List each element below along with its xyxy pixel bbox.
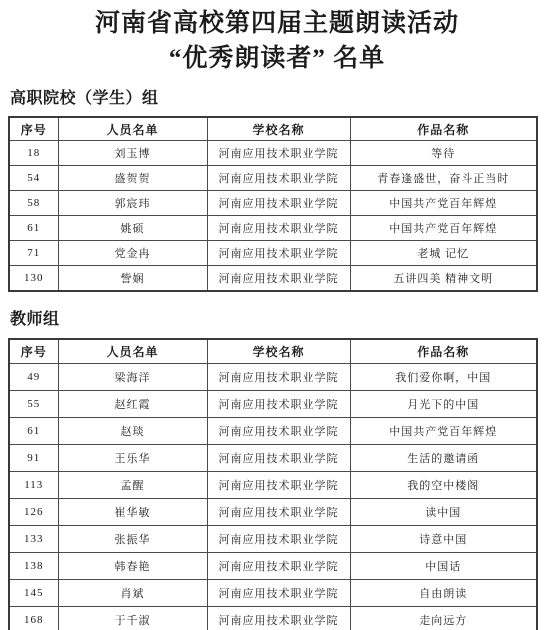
cell-school-name: 河南应用技术职业学院 — [207, 364, 350, 391]
cell-person-name: 梁海洋 — [58, 364, 207, 391]
table-row: 58郭宸玮河南应用技术职业学院中国共产党百年辉煌 — [9, 191, 537, 216]
cell-school-name: 河南应用技术职业学院 — [207, 526, 350, 553]
table-header-row: 序号人员名单学校名称作品名称 — [9, 117, 537, 141]
cell-serial-number: 138 — [9, 553, 58, 580]
column-header: 作品名称 — [350, 339, 537, 364]
cell-person-name: 崔华敏 — [58, 499, 207, 526]
cell-person-name: 刘玉博 — [58, 141, 207, 166]
cell-serial-number: 130 — [9, 266, 58, 292]
cell-school-name: 河南应用技术职业学院 — [207, 418, 350, 445]
column-header: 学校名称 — [207, 117, 350, 141]
cell-school-name: 河南应用技术职业学院 — [207, 472, 350, 499]
cell-work-title: 我们爱你啊，中国 — [350, 364, 537, 391]
cell-person-name: 王乐华 — [58, 445, 207, 472]
cell-person-name: 赵红霞 — [58, 391, 207, 418]
cell-work-title: 等待 — [350, 141, 537, 166]
cell-person-name: 肖斌 — [58, 580, 207, 607]
cell-work-title: 中国共产党百年辉煌 — [350, 418, 537, 445]
table-header-row: 序号人员名单学校名称作品名称 — [9, 339, 537, 364]
cell-serial-number: 61 — [9, 418, 58, 445]
cell-work-title: 老城 记忆 — [350, 241, 537, 266]
table-row: 18刘玉博河南应用技术职业学院等待 — [9, 141, 537, 166]
cell-person-name: 盛贺贺 — [58, 166, 207, 191]
cell-work-title: 青春逢盛世，奋斗正当时 — [350, 166, 537, 191]
cell-work-title: 生活的邀请函 — [350, 445, 537, 472]
cell-work-title: 读中国 — [350, 499, 537, 526]
table-row: 71党金冉河南应用技术职业学院老城 记忆 — [9, 241, 537, 266]
cell-school-name: 河南应用技术职业学院 — [207, 216, 350, 241]
cell-serial-number: 113 — [9, 472, 58, 499]
cell-school-name: 河南应用技术职业学院 — [207, 580, 350, 607]
column-header: 学校名称 — [207, 339, 350, 364]
cell-serial-number: 133 — [9, 526, 58, 553]
document-title-line1: 河南省高校第四届主题朗读活动 — [0, 6, 554, 41]
sections-container: 高职院校（学生）组序号人员名单学校名称作品名称18刘玉博河南应用技术职业学院等待… — [0, 89, 554, 630]
cell-person-name: 于千淑 — [58, 607, 207, 630]
table-row: 61赵琰河南应用技术职业学院中国共产党百年辉煌 — [9, 418, 537, 445]
cell-serial-number: 168 — [9, 607, 58, 630]
cell-school-name: 河南应用技术职业学院 — [207, 607, 350, 630]
cell-school-name: 河南应用技术职业学院 — [207, 241, 350, 266]
cell-serial-number: 58 — [9, 191, 58, 216]
cell-work-title: 五讲四美 精神文明 — [350, 266, 537, 292]
cell-serial-number: 145 — [9, 580, 58, 607]
section-heading: 高职院校（学生）组 — [10, 89, 554, 109]
roster-table: 序号人员名单学校名称作品名称49梁海洋河南应用技术职业学院我们爱你啊，中国55赵… — [8, 338, 538, 630]
cell-person-name: 孟醒 — [58, 472, 207, 499]
table-row: 91王乐华河南应用技术职业学院生活的邀请函 — [9, 445, 537, 472]
column-header: 序号 — [9, 117, 58, 141]
cell-work-title: 中国话 — [350, 553, 537, 580]
roster-table: 序号人员名单学校名称作品名称18刘玉博河南应用技术职业学院等待54盛贺贺河南应用… — [8, 116, 538, 292]
cell-school-name: 河南应用技术职业学院 — [207, 166, 350, 191]
cell-work-title: 中国共产党百年辉煌 — [350, 216, 537, 241]
table-row: 168于千淑河南应用技术职业学院走向远方 — [9, 607, 537, 630]
cell-serial-number: 49 — [9, 364, 58, 391]
cell-person-name: 姚硕 — [58, 216, 207, 241]
cell-work-title: 走向远方 — [350, 607, 537, 630]
cell-serial-number: 61 — [9, 216, 58, 241]
table-row: 133张振华河南应用技术职业学院诗意中国 — [9, 526, 537, 553]
cell-person-name: 韩春艳 — [58, 553, 207, 580]
cell-work-title: 我的空中楼阁 — [350, 472, 537, 499]
cell-person-name: 张振华 — [58, 526, 207, 553]
cell-serial-number: 71 — [9, 241, 58, 266]
cell-school-name: 河南应用技术职业学院 — [207, 191, 350, 216]
cell-school-name: 河南应用技术职业学院 — [207, 553, 350, 580]
table-row: 130訾娴河南应用技术职业学院五讲四美 精神文明 — [9, 266, 537, 292]
cell-work-title: 中国共产党百年辉煌 — [350, 191, 537, 216]
table-row: 113孟醒河南应用技术职业学院我的空中楼阁 — [9, 472, 537, 499]
cell-work-title: 自由朗读 — [350, 580, 537, 607]
cell-person-name: 郭宸玮 — [58, 191, 207, 216]
cell-school-name: 河南应用技术职业学院 — [207, 266, 350, 292]
table-row: 126崔华敏河南应用技术职业学院读中国 — [9, 499, 537, 526]
cell-school-name: 河南应用技术职业学院 — [207, 445, 350, 472]
table-row: 54盛贺贺河南应用技术职业学院青春逢盛世，奋斗正当时 — [9, 166, 537, 191]
table-row: 145肖斌河南应用技术职业学院自由朗读 — [9, 580, 537, 607]
column-header: 人员名单 — [58, 117, 207, 141]
cell-serial-number: 18 — [9, 141, 58, 166]
cell-school-name: 河南应用技术职业学院 — [207, 499, 350, 526]
table-row: 49梁海洋河南应用技术职业学院我们爱你啊，中国 — [9, 364, 537, 391]
cell-work-title: 月光下的中国 — [350, 391, 537, 418]
section-heading: 教师组 — [10, 310, 554, 330]
cell-serial-number: 55 — [9, 391, 58, 418]
table-row: 138韩春艳河南应用技术职业学院中国话 — [9, 553, 537, 580]
table-row: 55赵红霞河南应用技术职业学院月光下的中国 — [9, 391, 537, 418]
cell-person-name: 赵琰 — [58, 418, 207, 445]
cell-work-title: 诗意中国 — [350, 526, 537, 553]
table-row: 61姚硕河南应用技术职业学院中国共产党百年辉煌 — [9, 216, 537, 241]
cell-school-name: 河南应用技术职业学院 — [207, 141, 350, 166]
document-title-line2: “优秀朗读者” 名单 — [0, 41, 554, 76]
column-header: 作品名称 — [350, 117, 537, 141]
column-header: 序号 — [9, 339, 58, 364]
document-page: 河南省高校第四届主题朗读活动 “优秀朗读者” 名单 高职院校（学生）组序号人员名… — [0, 0, 554, 630]
cell-serial-number: 126 — [9, 499, 58, 526]
cell-serial-number: 91 — [9, 445, 58, 472]
cell-person-name: 党金冉 — [58, 241, 207, 266]
cell-serial-number: 54 — [9, 166, 58, 191]
cell-school-name: 河南应用技术职业学院 — [207, 391, 350, 418]
cell-person-name: 訾娴 — [58, 266, 207, 292]
column-header: 人员名单 — [58, 339, 207, 364]
